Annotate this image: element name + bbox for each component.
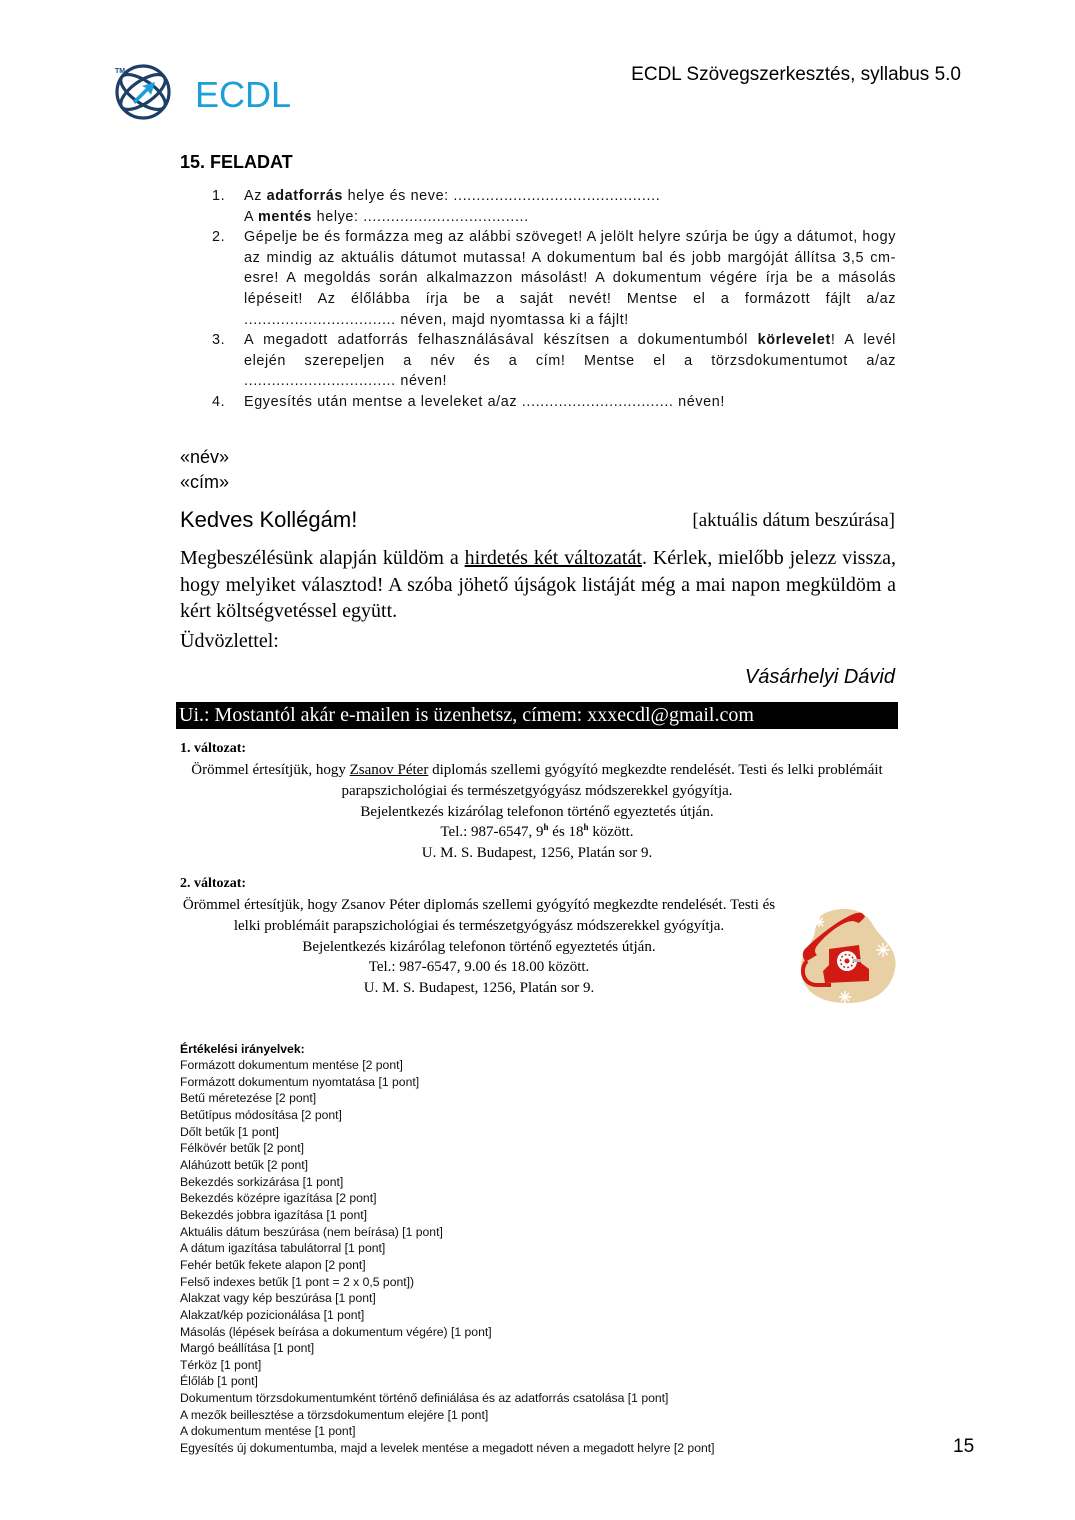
grading-item: Alakzat/kép pozicionálása [1 pont] [180, 1307, 715, 1324]
variant1-title: 1. változat: [180, 741, 246, 757]
task-text: helye és neve: .........................… [343, 188, 660, 204]
variant2-body: Örömmel értesítjük, hogy Zsanov Péter di… [176, 895, 782, 999]
variant1-text: és 18 [549, 824, 584, 840]
grading-item: Dőlt betűk [1 pont] [180, 1124, 715, 1141]
grading-item: Fehér betűk fekete alapon [2 pont] [180, 1257, 715, 1274]
grading-list: Formázott dokumentum mentése [2 pont]For… [180, 1057, 715, 1457]
variant1-body: Örömmel értesítjük, hogy Zsanov Péter di… [176, 760, 898, 864]
letter-body: Megbeszélésünk alapján küldöm a hirdetés… [180, 545, 896, 625]
variant1-address: U. M. S. Budapest, 1256, Platán sor 9. [176, 843, 898, 864]
task-item-number: 2. [212, 227, 225, 248]
grading-item: Aláhúzott betűk [2 pont] [180, 1157, 715, 1174]
variant1-text: Örömmel értesítjük, hogy [191, 762, 349, 778]
merge-field-name: «név» [180, 447, 229, 468]
task-item-number: 4. [212, 392, 225, 413]
variant2-booking: Bejelentkezés kizárólag telefonon történ… [176, 937, 782, 958]
grading-item: Egyesítés új dokumentumba, majd a levele… [180, 1440, 715, 1457]
letter-greeting: Kedves Kollégám! [180, 507, 357, 533]
task-text: helye: .................................… [312, 209, 529, 225]
letter-body-text: Megbeszélésünk alapján küldöm a [180, 547, 465, 569]
grading-item: Aktuális dátum beszúrása (nem beírása) [… [180, 1224, 715, 1241]
grading-item: Felső indexes betűk [1 pont = 2 x 0,5 po… [180, 1274, 715, 1291]
variant2-address: U. M. S. Budapest, 1256, Platán sor 9. [176, 978, 782, 999]
letter-underlined-text: hirdetés két változatát [465, 547, 642, 569]
task-text: Egyesítés után mentse a leveleket a/az .… [244, 394, 725, 410]
grading-item: Betű méretezése [2 pont] [180, 1090, 715, 1107]
grading-title: Értékelési irányelvek: [180, 1042, 305, 1056]
task-item-number: 3. [212, 330, 225, 351]
task-bold-term: körlevelet [758, 332, 831, 348]
task-item: 3. A megadott adatforrás felhasználásáva… [180, 330, 896, 392]
task-text: Az [244, 188, 267, 204]
variant1-booking: Bejelentkezés kizárólag telefonon történ… [176, 802, 898, 823]
task-text: A megadott adatforrás felhasználásával k… [244, 332, 758, 348]
variant1-text: Tel.: 987-6547, 9 [440, 824, 543, 840]
variant1-tel: Tel.: 987-6547, 9h és 18h között. [176, 822, 898, 843]
task-item: 1. Az adatforrás helye és neve: ........… [180, 186, 896, 227]
grading-item: Alakzat vagy kép beszúrása [1 pont] [180, 1290, 715, 1307]
grading-item: Formázott dokumentum nyomtatása [1 pont] [180, 1074, 715, 1091]
grading-item: Bekezdés középre igazítása [2 pont] [180, 1190, 715, 1207]
task-text: Gépelje be és formázza meg az alábbi szö… [244, 229, 896, 327]
telephone-icon [795, 905, 899, 1005]
letter-closing: Üdvözlettel: [180, 630, 279, 653]
grading-item: Félkövér betűk [2 pont] [180, 1140, 715, 1157]
grading-item: Bekezdés sorkizárása [1 pont] [180, 1174, 715, 1191]
task-title: 15. FELADAT [180, 152, 293, 173]
grading-item: Betűtípus módosítása [2 pont] [180, 1107, 715, 1124]
letter-signature: Vásárhelyi Dávid [745, 666, 895, 689]
grading-item: A mezők beillesztése a törzsdokumentum e… [180, 1407, 715, 1424]
task-bold-term: adatforrás [267, 188, 343, 204]
merge-field-address: «cím» [180, 472, 229, 493]
grading-item: Margó beállítása [1 pont] [180, 1340, 715, 1357]
variant2-intro: Örömmel értesítjük, hogy Zsanov Péter di… [176, 895, 782, 937]
variant1-intro: Örömmel értesítjük, hogy Zsanov Péter di… [176, 760, 898, 802]
task-bold-term: mentés [258, 209, 312, 225]
grading-item: Élőláb [1 pont] [180, 1373, 715, 1390]
grading-item: Bekezdés jobbra igazítása [1 pont] [180, 1207, 715, 1224]
variant1-text: között. [589, 824, 634, 840]
task-list: 1. Az adatforrás helye és neve: ........… [180, 186, 896, 413]
task-item: 2. Gépelje be és formázza meg az alábbi … [180, 227, 896, 330]
variant1-underlined-name: Zsanov Péter [350, 762, 429, 778]
task-text: A [244, 209, 258, 225]
date-placeholder: [aktuális dátum beszúrása] [692, 510, 895, 532]
header-title: ECDL Szövegszerkesztés, syllabus 5.0 [631, 64, 961, 86]
task-item-number: 1. [212, 186, 225, 207]
postscript-bar: Ui.: Mostantól akár e-mailen is üzenhets… [176, 702, 898, 729]
logo-text: ECDL [195, 74, 291, 116]
grading-item: Dokumentum törzsdokumentumként történő d… [180, 1390, 715, 1407]
variant2-title: 2. változat: [180, 876, 246, 892]
grading-item: A dátum igazítása tabulátorral [1 pont] [180, 1240, 715, 1257]
grading-item: A dokumentum mentése [1 pont] [180, 1423, 715, 1440]
task-item: 4. Egyesítés után mentse a leveleket a/a… [180, 392, 896, 413]
page-number: 15 [953, 1436, 974, 1458]
trademark-mark: TM [115, 68, 125, 75]
grading-item: Másolás (lépések beírása a dokumentum vé… [180, 1324, 715, 1341]
grading-item: Formázott dokumentum mentése [2 pont] [180, 1057, 715, 1074]
grading-item: Térköz [1 pont] [180, 1357, 715, 1374]
variant2-tel: Tel.: 987-6547, 9.00 és 18.00 között. [176, 957, 782, 978]
